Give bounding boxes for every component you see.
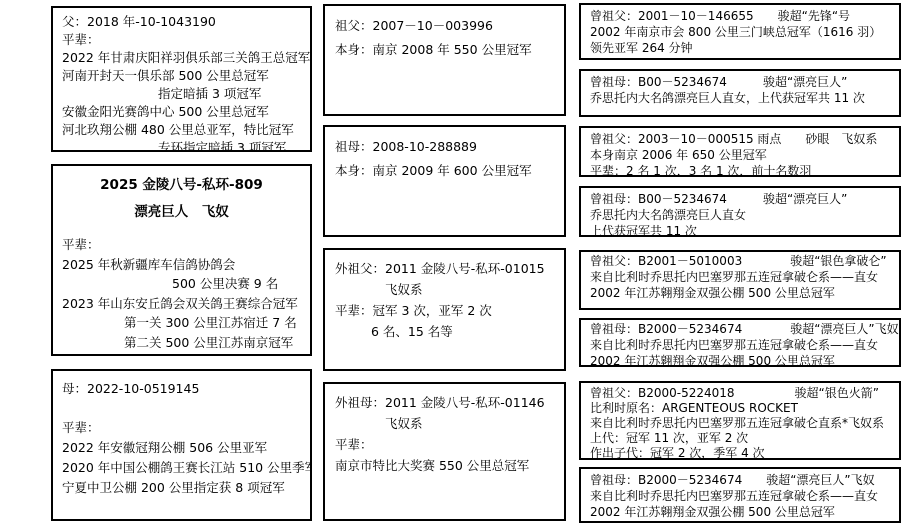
mother-box: 母：2022-10-0519145 平辈： 2022 年安徽冠翔公棚 506 公… [51, 369, 312, 521]
siblings-result-line: 平辈：冠军 3 次，亚军 2 次 [335, 300, 562, 321]
race-result-line: 2002 年江苏翱翔金双强公棚 500 公里总冠军 [590, 285, 895, 301]
great-grandmother-ring-number: 曾祖母：B00－5234674 骏超“漂亮巨人” [590, 191, 895, 207]
great-grandfather-2-box: 曾祖父：2003－10－000515 雨点 砂眼 飞奴系 本身南京 2006 年… [579, 126, 901, 177]
race-result-line: 本身：南京 2009 年 600 公里冠军 [335, 159, 562, 183]
great-grandmother-1-box: 曾祖母：B00－5234674 骏超“漂亮巨人” 乔思托内大名鸽漂亮巨人直女，上… [579, 69, 901, 117]
great-grandmother-2-box: 曾祖母：B00－5234674 骏超“漂亮巨人” 乔思托内大名鸽漂亮巨人直女 上… [579, 186, 901, 237]
lineage-line: 上代获冠军共 11 次 [590, 223, 895, 237]
race-result-line: 领先亚军 264 分钟 [590, 40, 895, 56]
subject-bird-name: 漂亮巨人 飞奴 [62, 203, 301, 221]
race-result-line: 2022 年安徽冠翔公棚 506 公里亚军 [62, 438, 308, 458]
race-result-line: 第二关 500 公里江苏南京冠军 [124, 333, 308, 353]
race-result-line: 指定暗插 3 项冠军 [158, 85, 308, 103]
lineage-line: 来自比利时乔思托内巴塞罗那五连冠拿破仑直系*飞奴系 [590, 416, 895, 431]
grandmother-ring-number: 祖母：2008-10-288889 [335, 135, 562, 159]
race-result-line: 安徽金阳光赛鸽中心 500 公里总冠军 [62, 103, 308, 121]
race-result-line: 本身南京 2006 年 650 公里冠军 [590, 147, 895, 163]
lineage-line: 来自比利时乔思托内巴塞罗那五连冠拿破仑系——直女 [590, 269, 895, 285]
race-result-line: 河南开封天一俱乐部 500 公里总冠军 [62, 67, 308, 85]
blank-line [62, 398, 308, 418]
race-result-line: 6 名、15 名等 [371, 321, 562, 342]
subject-ring-number: 2025 金陵八号-私环-809 [62, 176, 301, 194]
original-name-line: 比利时原名：ARGENTEOUS ROCKET [590, 401, 895, 416]
lineage-line: 来自比利时乔思托内巴塞罗那五连冠拿破仑系——直女 [590, 337, 895, 353]
maternal-grandmother-box: 外祖母：2011 金陵八号-私环-01146 飞奴系 平辈： 南京市特比大奖赛 … [323, 382, 566, 521]
siblings-result-line: 平辈：2 名 1 次，3 名 1 次，前十名数羽 [590, 163, 895, 177]
race-result-line: 本身：南京 2008 年 550 公里冠军 [335, 38, 562, 62]
race-result-line: 宁夏中卫公棚 200 公里指定获 8 项冠军 [62, 478, 308, 498]
siblings-label: 平辈： [62, 235, 308, 255]
race-result-line: 2002 年南京市会 800 公里三门峡总冠军（1616 羽） [590, 24, 895, 40]
race-result-line: 2022 年甘肃庆阳祥羽俱乐部三关鸽王总冠军 [62, 49, 308, 67]
maternal-grandmother-ring-number: 外祖母：2011 金陵八号-私环-01146 [335, 392, 562, 413]
race-result-line: 南京市特比大奖赛 550 公里总冠军 [335, 455, 562, 476]
great-grandmother-ring-number: 曾祖母：B2000－5234674 骏超“漂亮巨人”飞奴 [590, 472, 895, 488]
grandfather-ring-number: 祖父：2007－10－003996 [335, 14, 562, 38]
siblings-label: 平辈： [62, 418, 308, 438]
race-result-line: 2020 年中国公棚鸽王赛长江站 510 公里季军 [62, 458, 308, 478]
pigeon-pedigree-chart: 父：2018 年-10-1043190 平辈： 2022 年甘肃庆阳祥羽俱乐部三… [0, 0, 920, 530]
race-result-line: 2025 年秋新疆库车信鸽协鸽会 [62, 255, 308, 275]
lineage-line: 乔思托内大名鸽漂亮巨人直女 [590, 207, 895, 223]
great-grandmother-ring-number: 曾祖母：B2000－5234674 骏超“漂亮巨人”飞奴 [590, 321, 895, 337]
father-box: 父：2018 年-10-1043190 平辈： 2022 年甘肃庆阳祥羽俱乐部三… [51, 6, 312, 152]
race-result-line: 2023 年山东安丘鸽会双关鸽王赛综合冠军 [62, 294, 308, 314]
race-result-line: 2002 年江苏翱翔金双强公棚 500 公里总冠军 [590, 504, 895, 520]
great-grandfather-3-box: 曾祖父：B2001－5010003 骏超“银色拿破仑” 来自比利时乔思托内巴塞罗… [579, 250, 901, 310]
mother-ring-number: 母：2022-10-0519145 [62, 380, 308, 398]
race-result-line: 专环指定暗插 3 项冠军 [158, 139, 308, 152]
lineage-line: 来自比利时乔思托内巴塞罗那五连冠拿破仑系——直女 [590, 488, 895, 504]
siblings-label: 平辈： [335, 434, 562, 455]
maternal-grandfather-ring-number: 外祖父：2011 金陵八号-私环-01015 [335, 258, 562, 279]
father-ring-number: 父：2018 年-10-1043190 [62, 13, 308, 31]
race-result-line: 2002 年江苏翱翔金双强公棚 500 公里总冠军 [590, 353, 895, 367]
grandfather-box: 祖父：2007－10－003996 本身：南京 2008 年 550 公里冠军 [323, 4, 566, 116]
great-grandmother-3-box: 曾祖母：B2000－5234674 骏超“漂亮巨人”飞奴 来自比利时乔思托内巴塞… [579, 318, 901, 367]
siblings-label: 平辈： [62, 31, 308, 49]
maternal-grandfather-box: 外祖父：2011 金陵八号-私环-01015 飞奴系 平辈：冠军 3 次，亚军 … [323, 248, 566, 371]
offspring-result-line: 作出子代：冠军 2 次，季军 4 次 [590, 446, 895, 460]
great-grandfather-ring-number: 曾祖父：B2001－5010003 骏超“银色拿破仑” [590, 253, 895, 269]
race-result-line: 河北玖翔公棚 480 公里总亚军，特比冠军 [62, 121, 308, 139]
great-grandfather-1-box: 曾祖父：2001－10－146655 骏超“先锋“号 2002 年南京市会 80… [579, 3, 901, 60]
great-grandfather-ring-number: 曾祖父：2003－10－000515 雨点 砂眼 飞奴系 [590, 131, 895, 147]
ancestor-result-line: 上代：冠军 11 次，亚军 2 次 [590, 431, 895, 446]
race-result-line: 500 公里决赛 9 名 [172, 274, 308, 294]
great-grandfather-ring-number: 曾祖父：2001－10－146655 骏超“先锋“号 [590, 8, 895, 24]
race-result-line: 第一关 300 公里江苏宿迁 7 名 [124, 313, 308, 333]
grandmother-box: 祖母：2008-10-288889 本身：南京 2009 年 600 公里冠军 [323, 125, 566, 237]
bloodline-label: 飞奴系 [385, 279, 562, 300]
great-grandmother-ring-number: 曾祖母：B00－5234674 骏超“漂亮巨人” [590, 74, 895, 90]
bloodline-label: 飞奴系 [385, 413, 562, 434]
great-grandmother-4-box: 曾祖母：B2000－5234674 骏超“漂亮巨人”飞奴 来自比利时乔思托内巴塞… [579, 467, 901, 523]
lineage-line: 乔思托内大名鸽漂亮巨人直女，上代获冠军共 11 次 [590, 90, 895, 106]
great-grandfather-4-box: 曾祖父：B2000-5224018 骏超“银色火箭” 比利时原名：ARGENTE… [579, 381, 901, 460]
subject-bird-box: 2025 金陵八号-私环-809 漂亮巨人 飞奴 平辈： 2025 年秋新疆库车… [51, 164, 312, 356]
great-grandfather-ring-number: 曾祖父：B2000-5224018 骏超“银色火箭” [590, 386, 895, 401]
